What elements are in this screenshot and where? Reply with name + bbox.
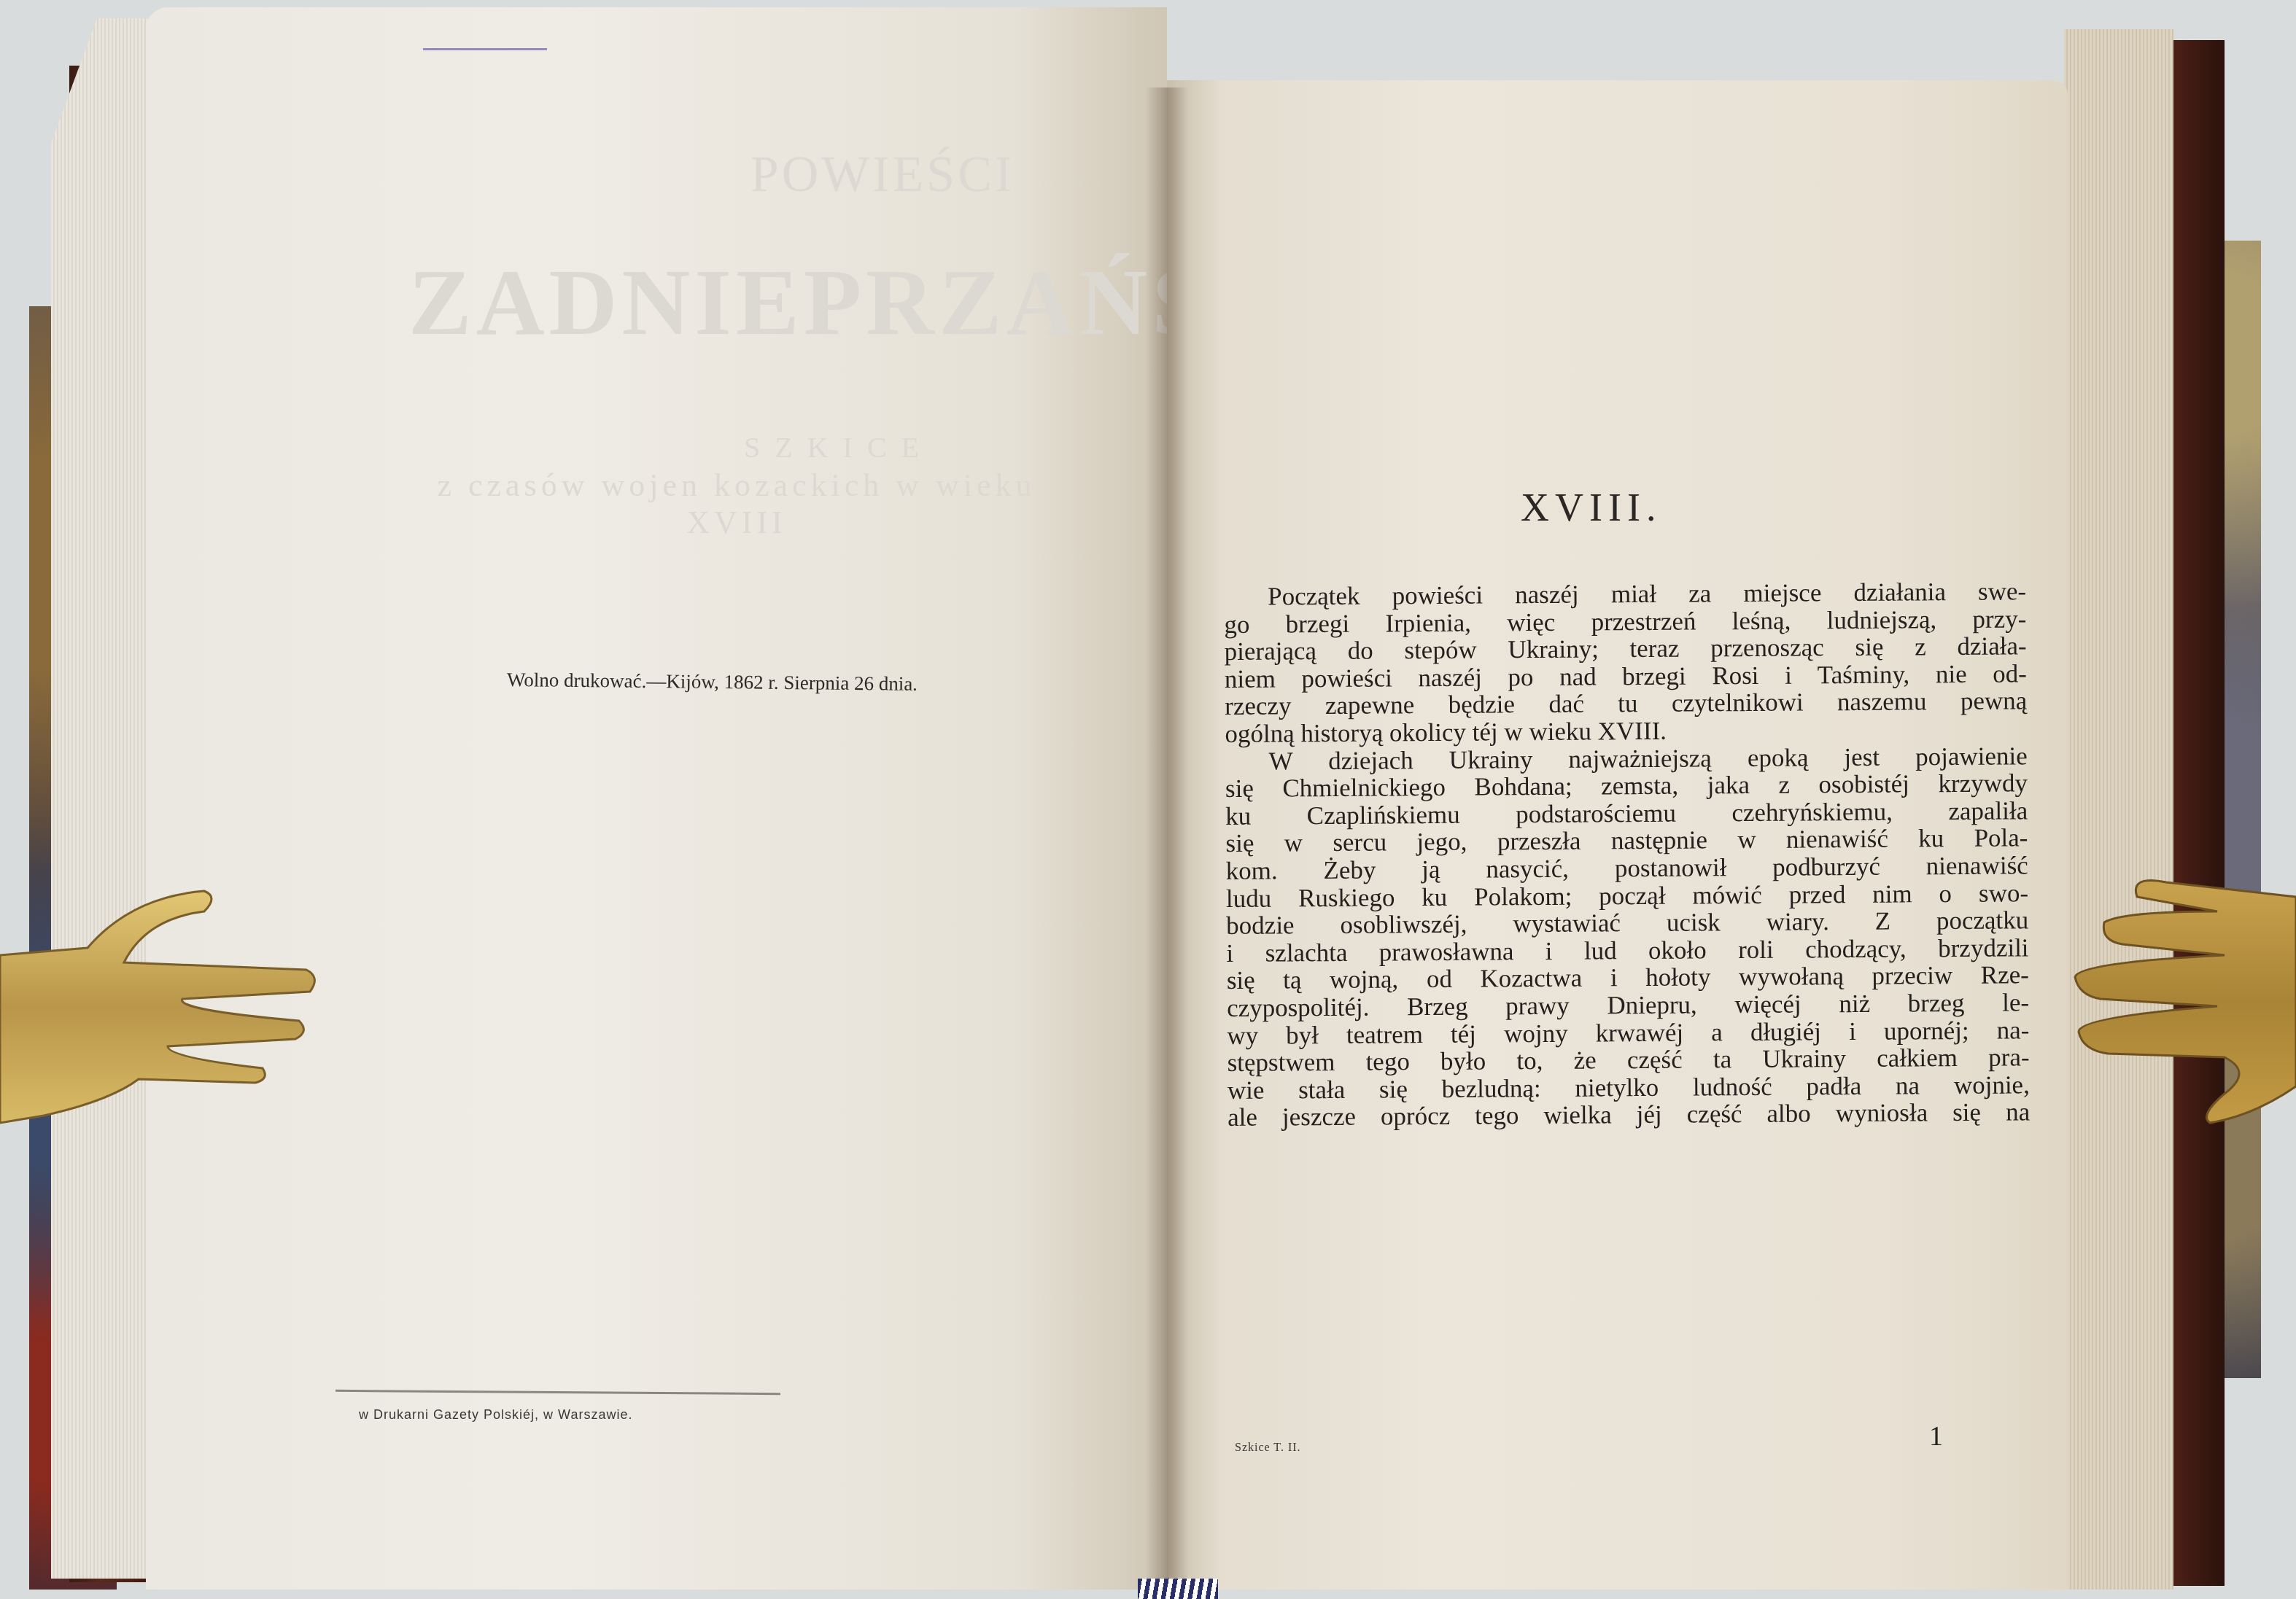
ribbon-bookmark	[1138, 1579, 1218, 1599]
book-gutter	[1145, 87, 1189, 1590]
chapter-body-text: Początek powieści naszéj miał za miejsce…	[1224, 577, 2030, 1132]
brass-hand-right-icon	[2035, 853, 2296, 1130]
printer-imprint: w Drukarni Gazety Polskiéj, w Warszawie.	[359, 1407, 632, 1423]
chapter-heading: XVIII.	[1521, 485, 1661, 530]
page-number: 1	[1929, 1420, 1943, 1452]
ink-stamp-mark	[423, 48, 547, 50]
page-block-right-edge	[2064, 29, 2173, 1590]
show-through-line-3: SZKICE	[511, 430, 1167, 464]
signature-mark: Szkice T. II.	[1235, 1442, 1301, 1455]
brass-hand-left-icon	[0, 882, 328, 1159]
text-line: rzeczy zapewne będzie dać tu czytelnikow…	[1225, 688, 2027, 720]
left-page	[146, 7, 1167, 1590]
show-through-line-4: z czasów wojen kozackich w wieku XVIII	[408, 467, 1065, 541]
censorship-imprimatur: Wolno drukować.—Kijów, 1862 r. Sierpnia …	[507, 669, 918, 696]
text-line: ale jeszcze oprócz tego wielka jéj część…	[1227, 1099, 2030, 1132]
show-through-title: ZADNIEPRZAŃSKIE	[408, 248, 1065, 357]
show-through-line-1: POWIEŚCI	[554, 146, 1211, 204]
